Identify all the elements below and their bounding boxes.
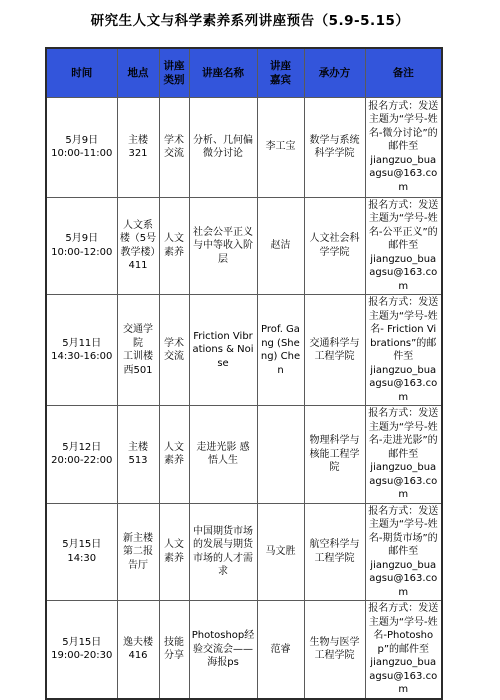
cell-time: 5月9日 10:00-11:00: [46, 97, 117, 197]
cell-category: 学术 交流: [159, 295, 189, 406]
column-header-time: 时间: [46, 48, 117, 97]
page-title: 研究生人文与科学素养系列讲座预告（5.9-5.15）: [0, 9, 500, 29]
cell-note: 报名方式：发送主题为“学号-姓名- Friction Vibrations”的邮…: [365, 295, 442, 406]
cell-location: 交通学院 工训楼西501: [117, 295, 159, 406]
cell-location: 主楼 321: [117, 97, 159, 197]
cell-time: 5月15日 19:00-20:30: [46, 601, 117, 699]
cell-guest: 李工宝: [257, 97, 304, 197]
cell-location: 逸夫楼 416: [117, 601, 159, 699]
table-row: 5月11日 14:30-16:00 交通学院 工训楼西501 学术 交流 Fri…: [46, 295, 442, 406]
cell-lecture-name: 分析、几何偏微分讨论: [189, 97, 257, 197]
column-header-category: 讲座 类别: [159, 48, 189, 97]
cell-category: 学术 交流: [159, 97, 189, 197]
cell-note: 报名方式：发送主题为“学号-姓名-公平正义”的邮件至 jiangzuo_buaa…: [365, 197, 442, 295]
column-header-location: 地点: [117, 48, 159, 97]
cell-category: 人文 素养: [159, 406, 189, 504]
lecture-schedule-table: 时间 地点 讲座 类别 讲座名称 讲座 嘉宾 承办方 备注 5月9日 10:00…: [45, 47, 443, 700]
cell-lecture-name: 走进光影 感悟人生: [189, 406, 257, 504]
column-header-name: 讲座名称: [189, 48, 257, 97]
column-header-note: 备注: [365, 48, 442, 97]
cell-category: 人文 素养: [159, 197, 189, 295]
header-row: 时间 地点 讲座 类别 讲座名称 讲座 嘉宾 承办方 备注: [46, 48, 442, 97]
cell-category: 技能 分享: [159, 601, 189, 699]
cell-time: 5月15日 14:30: [46, 503, 117, 601]
cell-category: 人文 素养: [159, 503, 189, 601]
column-header-guest: 讲座 嘉宾: [257, 48, 304, 97]
cell-lecture-name: Friction Vibrations & Noise: [189, 295, 257, 406]
cell-organizer: 生物与医学工程学院: [304, 601, 365, 699]
cell-location: 新主楼第二报告厅: [117, 503, 159, 601]
cell-note: 报名方式：发送主题为“学号-姓名-走进光影”的邮件至 jiangzuo_buaa…: [365, 406, 442, 504]
cell-organizer: 航空科学与工程学院: [304, 503, 365, 601]
cell-organizer: 人文社会科学学院: [304, 197, 365, 295]
table-row: 5月9日 10:00-11:00 主楼 321 学术 交流 分析、几何偏微分讨论…: [46, 97, 442, 197]
cell-guest: 马文胜: [257, 503, 304, 601]
table-row: 5月15日 14:30 新主楼第二报告厅 人文 素养 中国期货市场的发展与期货市…: [46, 503, 442, 601]
table-row: 5月12日 20:00-22:00 主楼 513 人文 素养 走进光影 感悟人生…: [46, 406, 442, 504]
cell-note: 报名方式：发送主题为“学号-姓名-微分讨论”的邮件至 jiangzuo_buaa…: [365, 97, 442, 197]
table-row: 5月9日 10:00-12:00 人文系楼（5号教学楼）411 人文 素养 社会…: [46, 197, 442, 295]
cell-lecture-name: 社会公平正义与中等收入阶层: [189, 197, 257, 295]
cell-guest: Prof. Gang (Sheng) Chen: [257, 295, 304, 406]
cell-time: 5月11日 14:30-16:00: [46, 295, 117, 406]
cell-location: 主楼 513: [117, 406, 159, 504]
cell-organizer: 交通科学与工程学院: [304, 295, 365, 406]
cell-note: 报名方式：发送主题为“学号-姓名-期货市场”的邮件至 jiangzuo_buaa…: [365, 503, 442, 601]
cell-organizer: 数学与系统科学学院: [304, 97, 365, 197]
cell-note: 报名方式：发送主题为“学号-姓名-Photoshop”的邮件至 jiangzuo…: [365, 601, 442, 699]
table-row: 5月15日 19:00-20:30 逸夫楼 416 技能 分享 Photosho…: [46, 601, 442, 699]
cell-time: 5月9日 10:00-12:00: [46, 197, 117, 295]
cell-time: 5月12日 20:00-22:00: [46, 406, 117, 504]
cell-lecture-name: Photoshop经验交流会——海报ps: [189, 601, 257, 699]
cell-guest: 赵洁: [257, 197, 304, 295]
cell-guest: [257, 406, 304, 504]
cell-organizer: 物理科学与核能工程学院: [304, 406, 365, 504]
cell-location: 人文系楼（5号教学楼）411: [117, 197, 159, 295]
cell-guest: 范睿: [257, 601, 304, 699]
cell-lecture-name: 中国期货市场的发展与期货市场的人才需求: [189, 503, 257, 601]
column-header-organizer: 承办方: [304, 48, 365, 97]
